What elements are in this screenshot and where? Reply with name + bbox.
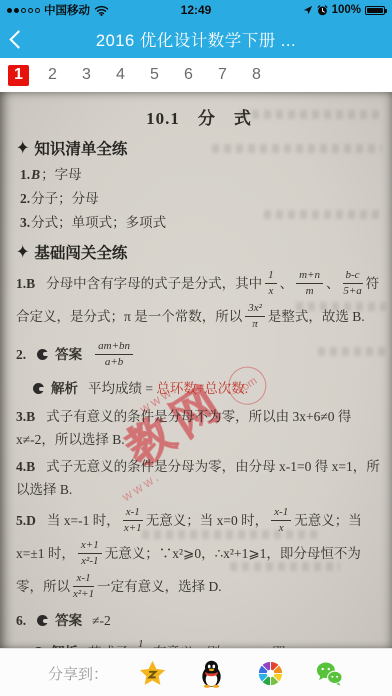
answer-keyword: 答案 [55,613,82,628]
text-segment: 1. [20,167,30,182]
share-bar: 分享到： [0,648,392,696]
page-number-tabs: 1 2 3 4 5 6 7 8 [0,58,392,92]
fraction: x-1x²+1 [73,572,94,601]
fraction: am+bna+b [95,340,133,369]
text-segment: ；字母 [41,167,82,182]
fraction: x-1x+1 [123,506,143,535]
text-segment: ≠-2 [92,613,111,628]
qzone-star-icon [138,659,167,688]
text-segment: 一定有意义，选择 D. [97,579,222,594]
text-segment: 总环数÷总次数. [156,381,248,396]
answer-keyword: 答案 [55,347,82,362]
text-segment: 当 x=-1 时， [47,513,120,528]
page-title: 2016 优化设计数学下册 ... [96,27,296,51]
moments-pinwheel-icon [256,659,285,688]
text-segment: 分式；单项式；多项式 [31,215,166,230]
scanned-answer-page[interactable]: www. 教网 com www. 10.1 分 式 ✦ 知识清单全练 1.B；字… [0,92,392,648]
answer-item-1: 1.B分母中含有字母的式子是分式，其中1x、m+nm、b-c5+a符合定义，是分… [16,268,382,334]
item-body: 当 x=-1 时，x-1x+1无意义；当 x=0 时，x-1x无意义；当 x=±… [16,513,362,594]
app-window: 中国移动 12:49 100% 2016 优化设计数学下册 ... 1 2 3 … [0,0,392,696]
wechat-share-button[interactable] [315,659,344,688]
analysis-content: 若式子1a+2有意义，则 a+2≠0，即 a≠-2. [88,645,317,648]
text-segment: 平均成绩 = [88,381,156,396]
analysis-keyword: 解析 [51,381,78,396]
section-header-label: 知识清单全练 [34,137,127,159]
item-label: 2. [16,347,26,362]
item-body: 式子无意义的条件是分母为零，由分母 x-1=0 得 x=1，所以选择 B. [16,459,380,497]
alarm-clock-icon [317,5,328,16]
fraction: b-c5+a [343,269,363,298]
item-label: 1.B [16,276,35,291]
text-segment: 式子无意义的条件是分母为零，由分母 x-1=0 得 x=1，所以选择 B. [16,459,380,497]
text-segment: 若式子 [88,645,129,648]
text-segment: 是整式，故选 B. [268,309,365,324]
knowledge-item: 1.B；字母 [20,164,382,186]
text-segment: 式子有意义的条件是分母不为零，所以由 3x+6≠0 得 x≠-2，所以选择 B. [16,409,351,447]
analysis-row-6: 解析若式子1a+2有意义，则 a+2≠0，即 a≠-2. [16,637,382,648]
text-segment: 、 [326,276,340,291]
wechat-bubbles-icon [315,659,344,688]
page-tab-1[interactable]: 1 [8,65,29,86]
knowledge-item: 3.分式；单项式；多项式 [20,212,382,234]
share-to-label: 分享到： [48,663,108,684]
status-bar: 中国移动 12:49 100% [0,0,392,20]
answer-item-5: 5.D当 x=-1 时，x-1x+1无意义；当 x=0 时，x-1x无意义；当 … [16,505,382,604]
fraction: 1a+2 [132,638,150,648]
text-segment: 分母中含有字母的式子是分式，其中 [46,276,262,291]
item-label: 3.B [16,409,35,424]
sparkle-star-icon: ✦ [16,137,29,160]
text-segment: 无意义；当 x=0 时， [146,513,268,528]
brand-mark-icon [37,349,48,360]
item-body: 式子有意义的条件是分母不为零，所以由 3x+6≠0 得 x≠-2，所以选择 B. [16,409,351,447]
answer-row-2: 2.答案am+bna+b [16,339,382,372]
page-tab-4[interactable]: 4 [110,65,131,86]
analysis-row-2: 解析平均成绩 = 总环数÷总次数. [16,377,382,400]
moments-share-button[interactable] [256,659,285,688]
answer-content: am+bna+b [92,347,136,362]
analysis-keyword: 解析 [51,645,78,648]
item-body: 分母中含有字母的式子是分式，其中1x、m+nm、b-c5+a符合定义，是分式；π… [16,276,379,324]
text-segment: 2. [20,191,30,206]
analysis-content: 平均成绩 = 总环数÷总次数. [88,381,248,396]
battery-icon [365,6,385,15]
brand-mark-icon [33,383,44,394]
chevron-left-icon [9,30,27,48]
section-header-basic: ✦ 基础闯关全练 [16,241,382,263]
answer-item-3: 3.B式子有意义的条件是分母不为零，所以由 3x+6≠0 得 x≠-2，所以选择… [16,405,382,451]
knowledge-item: 2.分子；分母 [20,188,382,210]
item-label: 5.D [16,513,36,528]
brand-mark-icon [33,647,44,648]
nav-bar: 2016 优化设计数学下册 ... [0,20,392,58]
item-label: 6. [16,613,26,628]
location-arrow-icon [303,5,313,15]
qq-penguin-icon [197,659,226,688]
qq-share-button[interactable] [197,659,226,688]
text-segment: 3. [20,215,30,230]
page-tab-2[interactable]: 2 [42,65,63,86]
answer-item-4: 4.B式子无意义的条件是分母为零，由分母 x-1=0 得 x=1，所以选择 B. [16,455,382,501]
answer-row-6: 6.答案≠-2 [16,609,382,632]
lesson-title: 10.1 分 式 [16,104,382,129]
brand-mark-icon [37,615,48,626]
page-tab-3[interactable]: 3 [76,65,97,86]
fraction: x-1x [271,506,291,535]
sparkle-star-icon: ✦ [16,241,29,264]
section-header-knowledge: ✦ 知识清单全练 [16,137,382,159]
battery-percent-label: 100% [332,4,361,16]
text-segment: 有意义，则 a+2≠0，即 a≠-2. [153,645,317,648]
text-segment: B [31,167,40,182]
fraction: 1x [265,269,277,298]
back-button[interactable] [10,20,44,58]
page-tab-6[interactable]: 6 [178,65,199,86]
text-segment: 、 [280,276,294,291]
fraction: 3x²π [245,302,265,331]
page-tab-5[interactable]: 5 [144,65,165,86]
item-label: 4.B [16,459,35,474]
answer-content: ≠-2 [92,613,111,628]
page-tab-7[interactable]: 7 [212,65,233,86]
fraction: x+1x²-1 [78,539,102,568]
section-header-label: 基础闯关全练 [34,241,127,263]
page-tab-8[interactable]: 8 [246,65,267,86]
text-segment: 分子；分母 [31,191,99,206]
fraction: m+nm [296,269,323,298]
qzone-share-button[interactable] [138,659,167,688]
